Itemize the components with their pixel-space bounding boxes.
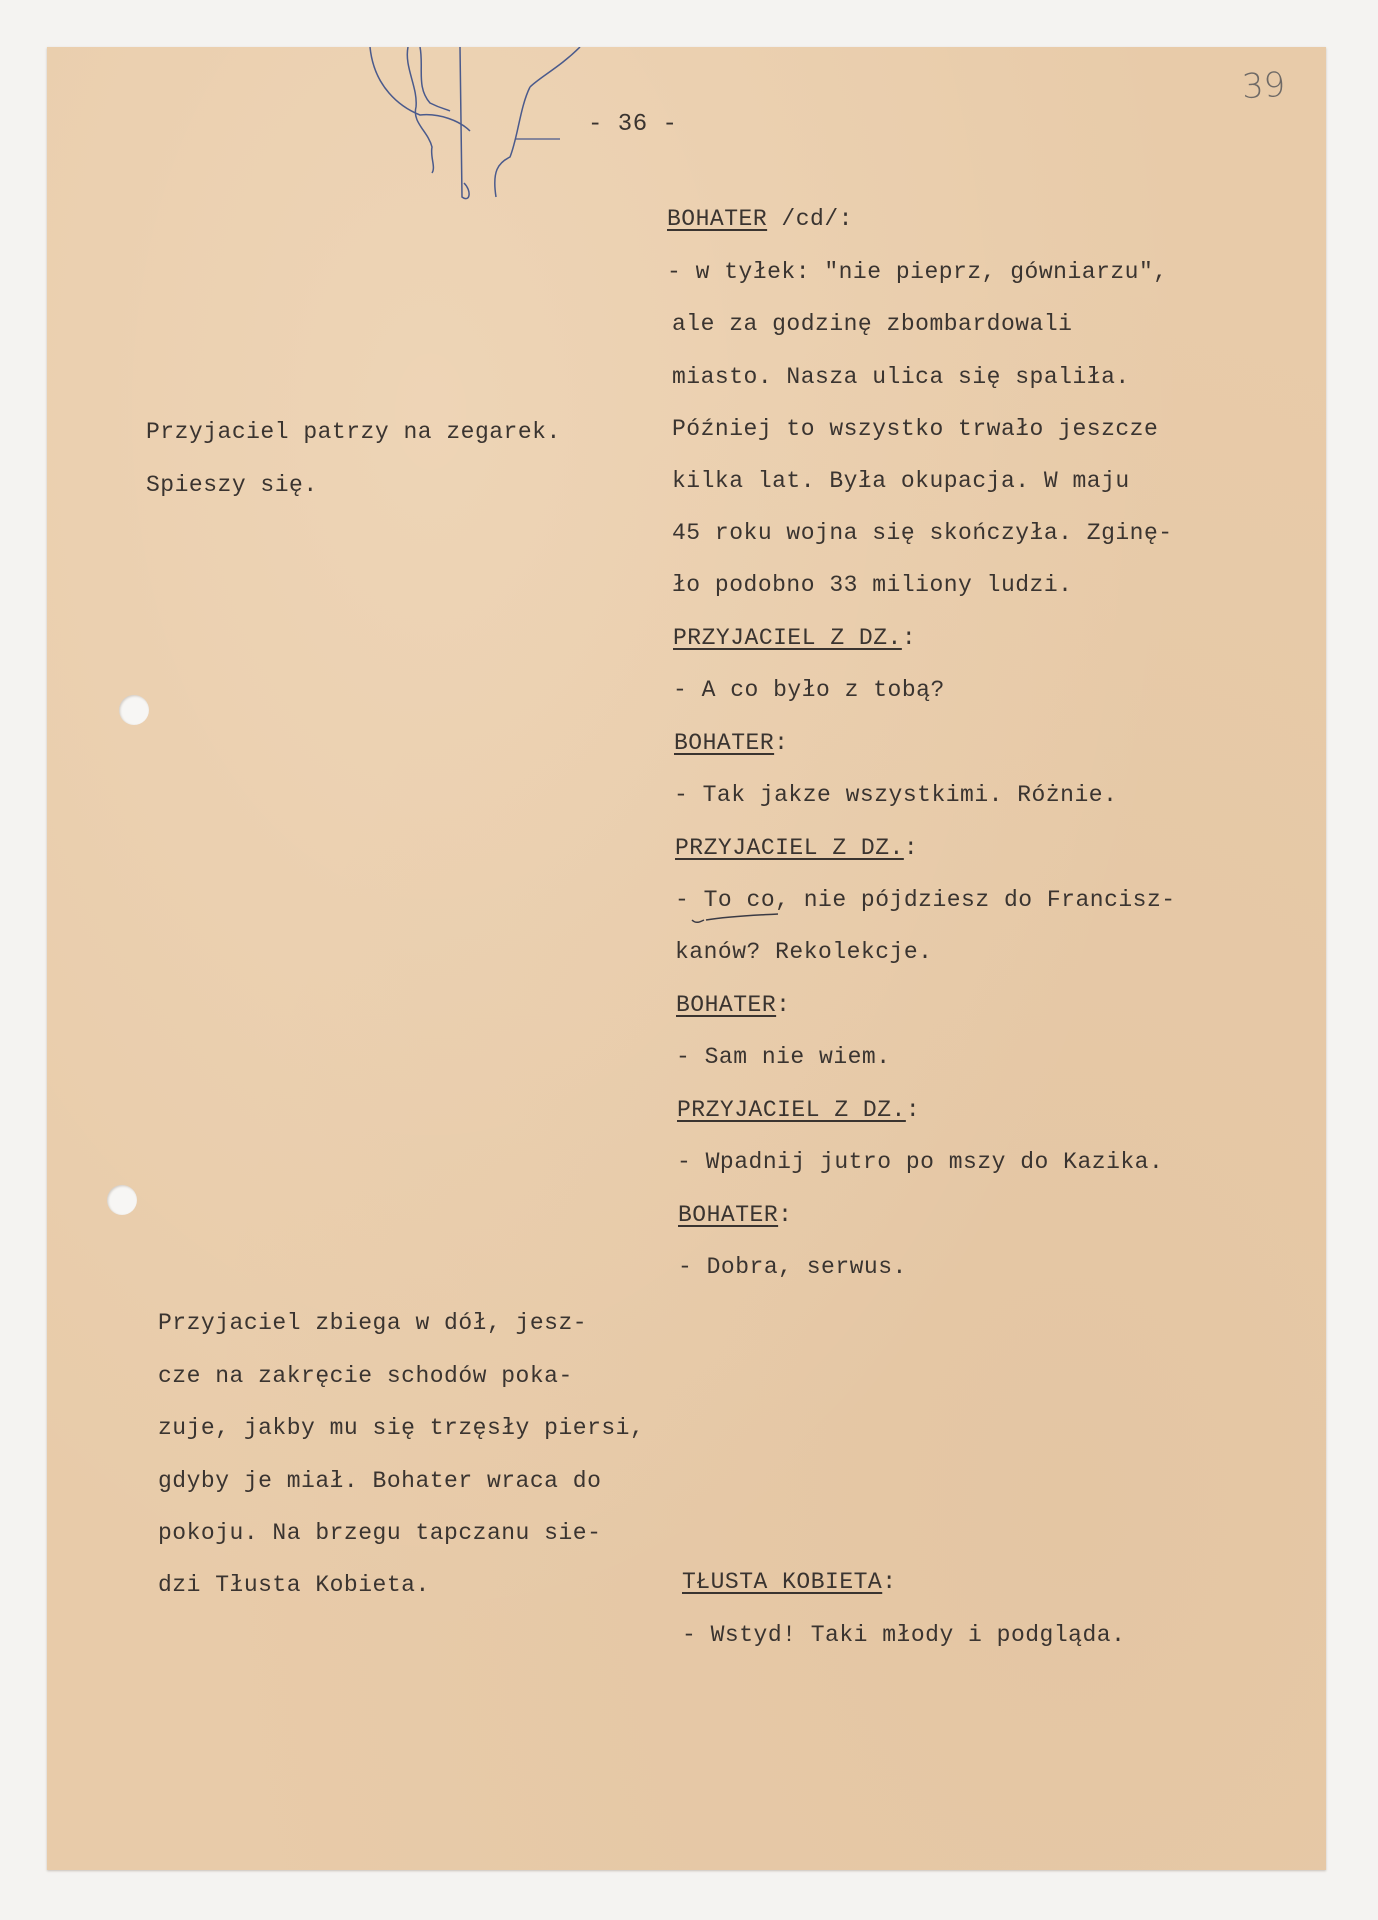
pen-correction-mark — [690, 912, 780, 932]
dialogue-line: - w tyłek: "nie pieprz, gówniarzu", — [667, 261, 1168, 284]
speaker-suffix: /cd/: — [767, 206, 853, 232]
dialogue-line: - To co, nie pójdziesz do Francisz- — [675, 889, 1176, 912]
dialogue-line: - Tak jakze wszystkimi. Różnie. — [674, 784, 1117, 807]
punch-hole-bottom — [107, 1185, 137, 1215]
archive-page-number: 39 — [1241, 65, 1286, 107]
speaker-heading: PRZYJACIEL Z DZ.: — [677, 1099, 920, 1122]
dialogue-line: miasto. Nasza ulica się spaliła. — [672, 366, 1130, 389]
speaker-name: TŁUSTA KOBIETA — [682, 1569, 882, 1595]
speaker-name: PRZYJACIEL Z DZ. — [677, 1097, 906, 1123]
speaker-heading: PRZYJACIEL Z DZ.: — [673, 627, 916, 650]
speaker-name: BOHATER — [678, 1202, 778, 1228]
dialogue-line: kanów? Rekolekcje. — [675, 941, 932, 964]
speaker-suffix: : — [774, 730, 788, 756]
speaker-suffix: : — [776, 992, 790, 1018]
dialogue-line: - Dobra, serwus. — [678, 1256, 907, 1279]
stage-direction-line: cze na zakręcie schodów poka- — [158, 1365, 573, 1388]
stage-direction-line: Przyjaciel patrzy na zegarek. — [146, 421, 561, 444]
speaker-heading: TŁUSTA KOBIETA: — [682, 1571, 897, 1594]
speaker-suffix: : — [882, 1569, 896, 1595]
dialogue-line: 45 roku wojna się skończyła. Zginę- — [672, 522, 1173, 545]
speaker-heading: BOHATER /cd/: — [667, 208, 853, 231]
speaker-suffix: : — [906, 1097, 920, 1123]
dialogue-line: - Sam nie wiem. — [676, 1046, 891, 1069]
speaker-name: BOHATER — [674, 730, 774, 756]
speaker-suffix: : — [902, 625, 916, 651]
speaker-heading: BOHATER: — [676, 994, 790, 1017]
speaker-suffix: : — [778, 1202, 792, 1228]
dialogue-line: ło podobno 33 miliony ludzi. — [672, 574, 1072, 597]
stage-direction-line: zuje, jakby mu się trzęsły piersi, — [158, 1417, 644, 1440]
speaker-name: PRZYJACIEL Z DZ. — [673, 625, 902, 651]
stage-direction-line: dzi Tłusta Kobieta. — [158, 1574, 430, 1597]
stage-direction-line: gdyby je miał. Bohater wraca do — [158, 1470, 601, 1493]
stage-direction-line: pokoju. Na brzegu tapczanu sie- — [158, 1522, 601, 1545]
speaker-heading: BOHATER: — [674, 732, 788, 755]
speaker-name: BOHATER — [667, 206, 767, 232]
speaker-heading: PRZYJACIEL Z DZ.: — [675, 837, 918, 860]
dialogue-line: - A co było z tobą? — [673, 679, 945, 702]
speaker-suffix: : — [904, 835, 918, 861]
speaker-name: PRZYJACIEL Z DZ. — [675, 835, 904, 861]
dialogue-line: - Wpadnij jutro po mszy do Kazika. — [677, 1151, 1163, 1174]
dialogue-line: Później to wszystko trwało jeszcze — [672, 418, 1158, 441]
dialogue-line: - Wstyd! Taki młody i podgląda. — [682, 1624, 1125, 1647]
dialogue-line: kilka lat. Była okupacja. W maju — [672, 470, 1130, 493]
page-number: - 36 - — [588, 113, 677, 137]
dialogue-line: ale za godzinę zbombardowali — [672, 313, 1072, 336]
punch-hole-top — [119, 695, 149, 725]
stage-direction-line: Spieszy się. — [146, 474, 318, 497]
speaker-name: BOHATER — [676, 992, 776, 1018]
stage-direction-line: Przyjaciel zbiega w dół, jesz- — [158, 1312, 587, 1335]
speaker-heading: BOHATER: — [678, 1204, 792, 1227]
